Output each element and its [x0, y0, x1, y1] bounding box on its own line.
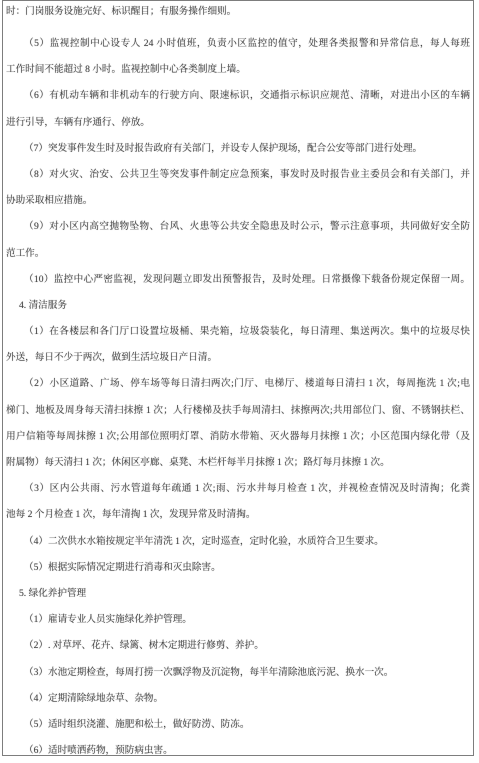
- doc-line: （10）监控中心严密监视，发现问题立即发出预警报告，及时处理。日常摄像下载备份规…: [6, 267, 470, 293]
- doc-line: 外送，每日不少于两次，做到生活垃圾日产日清。: [6, 345, 470, 371]
- doc-line: （6）有机动车辆和非机动车的行驶方向、限速标识，交通指示标识应规范、清晰，对进出…: [6, 83, 470, 109]
- doc-section-heading: 4. 清洁服务: [6, 293, 470, 319]
- doc-line: （5）根据实际情况定期进行消毒和灭虫除害。: [6, 555, 470, 581]
- doc-line: （9）对小区内高空抛物坠物、台风、火患等公共安全隐患及时公示，警示注意事项，共同…: [6, 214, 470, 240]
- doc-line: 范工作。: [6, 241, 470, 267]
- doc-line: （5）监视控制中心设专人 24 小时值班，负责小区监控的值守，处理各类报警和异常…: [6, 31, 470, 57]
- doc-line: （5）适时组织浇灌、施肥和松土，做好防涝、防冻。: [6, 712, 470, 738]
- doc-line: （4）定期清除绿地杂草、杂物。: [6, 686, 470, 712]
- doc-line: （2）小区道路、广场、停车场等每日清扫两次;门厅、电梯厅、楼道每日清扫 1 次，…: [6, 371, 470, 397]
- doc-line: 池每 2 个月检查 1 次，每年清掏 1 次，发现异常及时清掏。: [6, 502, 470, 528]
- doc-line: （8）对火灾、治安、公共卫生等突发事件制定应急预案，事发时及时报告业主委员会和有…: [6, 162, 470, 188]
- doc-line: 进行引导，车辆有序通行、停放。: [6, 110, 470, 136]
- doc-line: 梯门、地板及周身每天清扫抹擦 1 次；人行楼梯及扶手每周清扫、抹擦两次;共用部位…: [6, 398, 470, 424]
- document-page: 时：门岗服务设施完好、标识醒目；有服务操作细则。 （5）监视控制中心设专人 24…: [2, 0, 474, 756]
- doc-line: （3）水池定期检查，每周打捞一次飘浮物及沉淀物，每半年清除池底污泥、换水一次。: [6, 660, 470, 686]
- doc-line: （1）雇请专业人员实施绿化养护管理。: [6, 607, 470, 633]
- doc-line: （4）二次供水水箱按规定半年清洗 1 次，定时巡查，定时化验，水质符合卫生要求。: [6, 529, 470, 555]
- doc-section-heading: 5. 绿化养护管理: [6, 581, 470, 607]
- doc-line: 用户信箱等每周抹擦 1 次;公用部位照明灯罩、消防水带箱、灭火器每月抹擦 1 次…: [6, 424, 470, 450]
- doc-line: （3）区内公共雨、污水管道每年疏通 1 次;雨、污水井每月检查 1 次，并视检查…: [6, 476, 470, 502]
- doc-line: 工作时间不能超过 8 小时。监视控制中心各类制度上墙。: [6, 57, 470, 83]
- doc-line: （2）. 对草坪、花卉、绿篱、树木定期进行修剪、养护。: [6, 633, 470, 659]
- doc-line: （1）在各楼层和各门厅口设置垃圾桶、果壳箱，垃圾袋装化，每日清理、集送两次。集中…: [6, 319, 470, 345]
- doc-line: （6）适时喷洒药物，预防病虫害。: [6, 738, 470, 756]
- doc-line: 附属物）每天清扫 1 次；休闲区亭廊、桌凳、木栏杆每半月抹擦 1 次；路灯每月抹…: [6, 450, 470, 476]
- doc-line: （7）突发事件发生时及时报告政府有关部门，并设专人保护现场，配合公安等部门进行处…: [6, 136, 470, 162]
- doc-line: 时：门岗服务设施完好、标识醒目；有服务操作细则。: [6, 1, 470, 31]
- doc-line: 协助采取相应措施。: [6, 188, 470, 214]
